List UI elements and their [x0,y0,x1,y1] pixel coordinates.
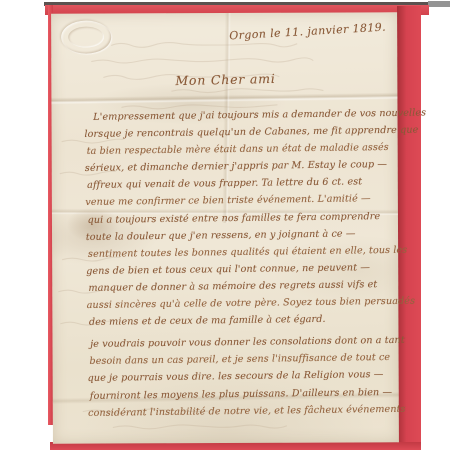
scanned-letter-page: { "document": { "kind": "handwritten-let… [0,0,450,450]
letter-body: L'empressement que j'ai toujours mis a d… [84,105,396,422]
scanner-corner-shadow [428,1,450,7]
letter-line: des miens et de ceux de ma famille à cet… [89,310,397,331]
letter-paper: Orgon le 11. janvier 1819. Mon Cher ami … [51,12,399,444]
salutation: Mon Cher ami [175,71,276,88]
red-mat-right [397,6,421,450]
